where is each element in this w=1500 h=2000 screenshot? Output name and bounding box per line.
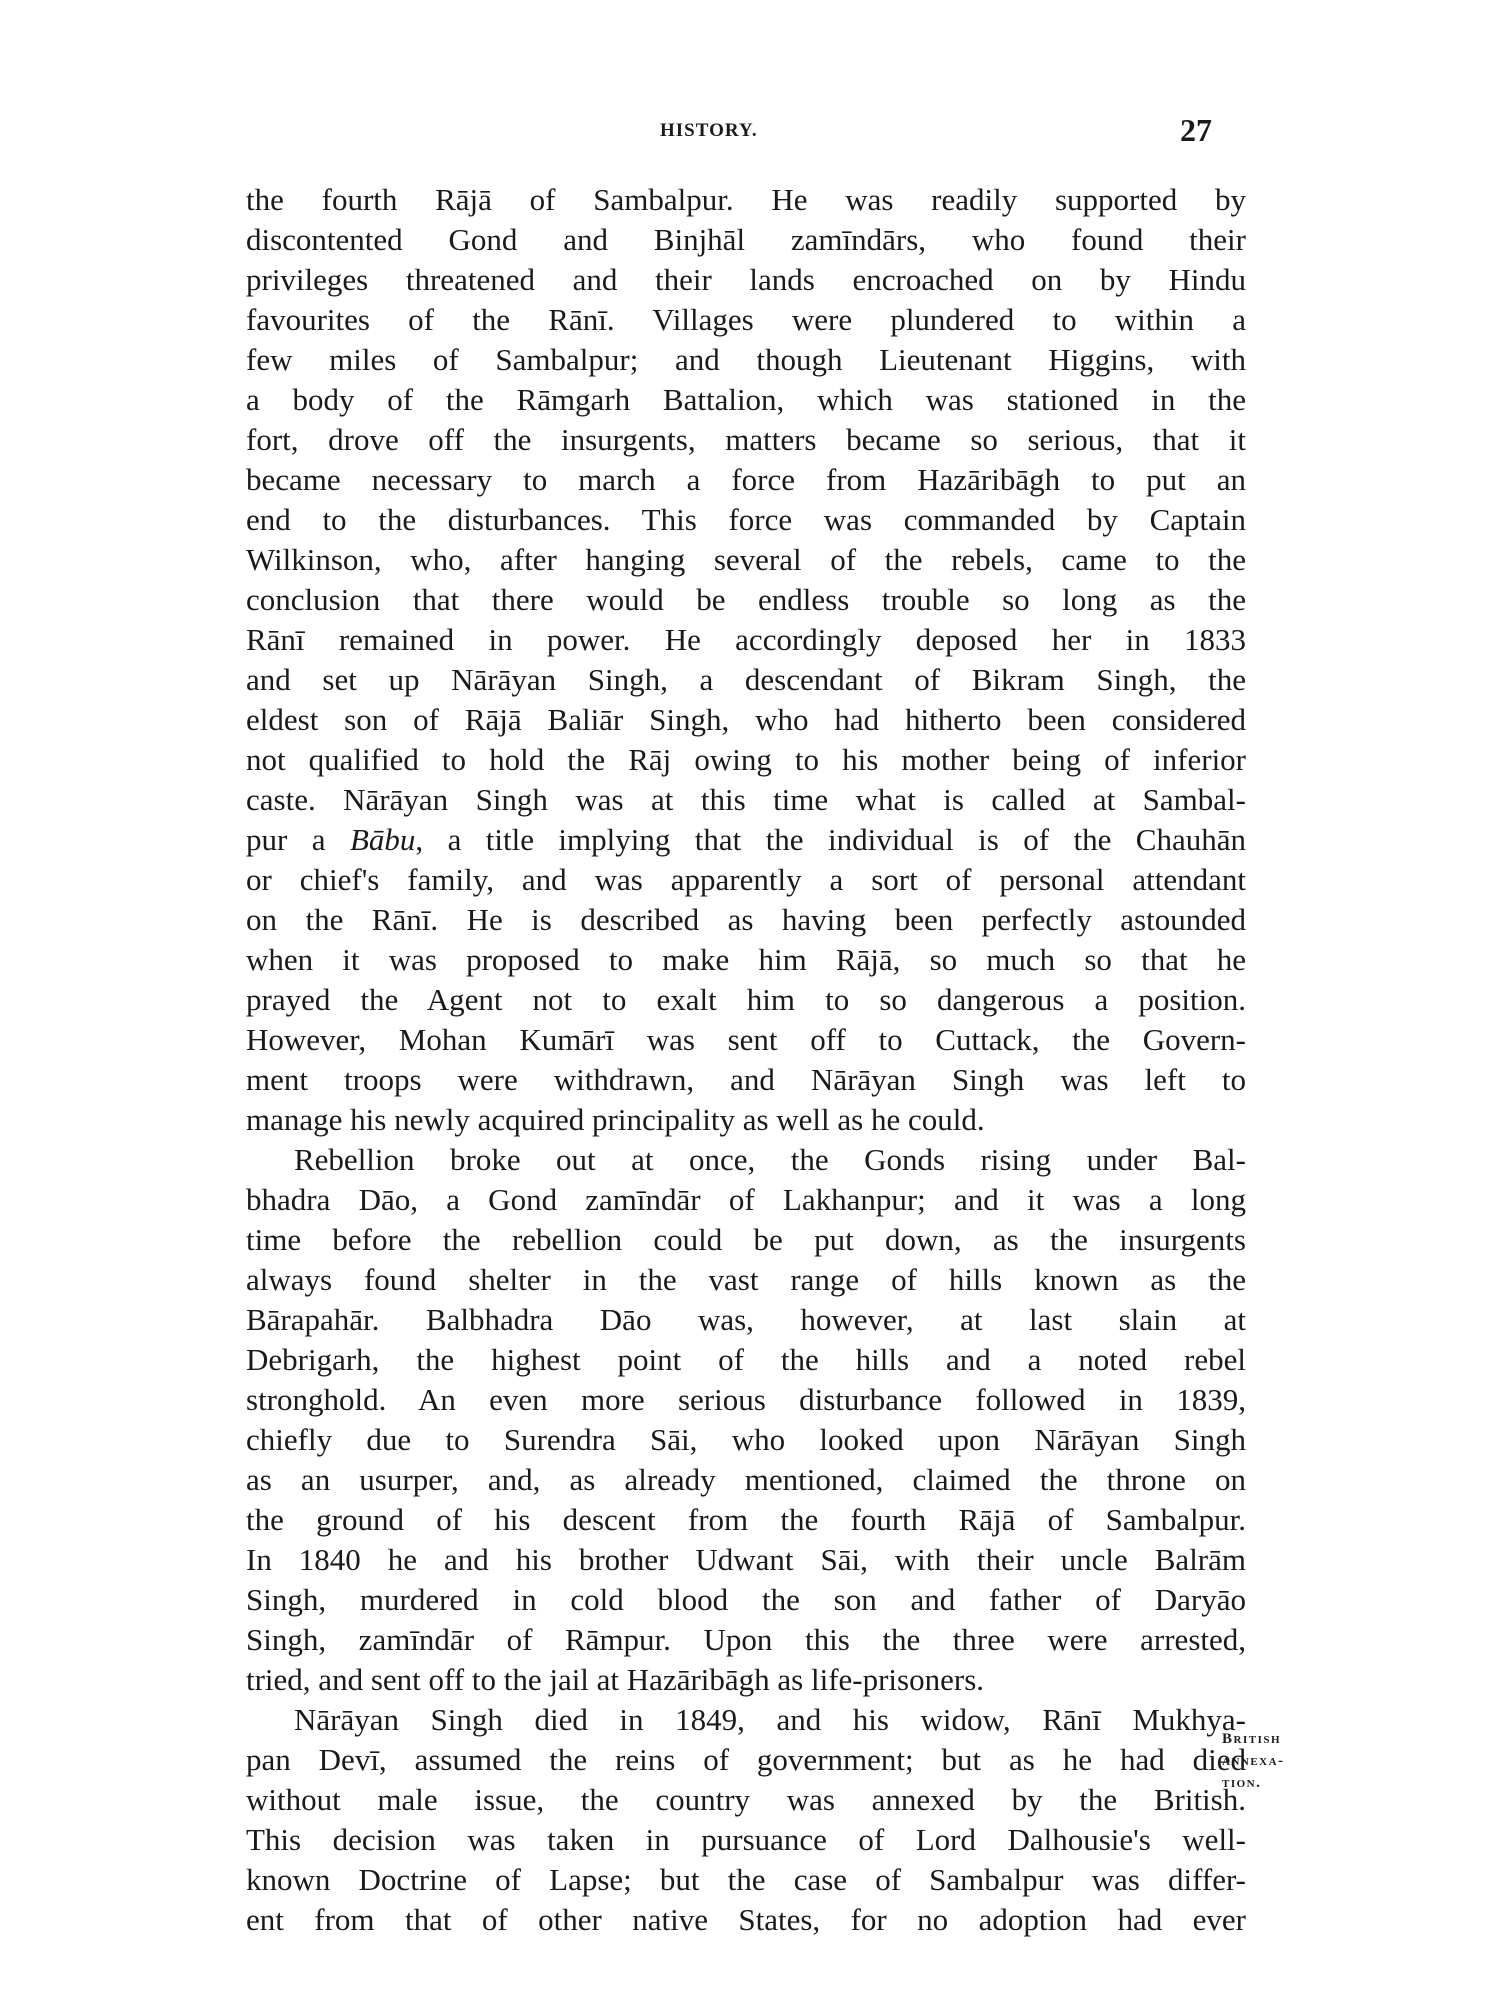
text-line: known Doctrine of Lapse; but the case of… xyxy=(246,1860,1246,1900)
text-line: a body of the Rāmgarh Battalion, which w… xyxy=(246,380,1246,420)
text-line: few miles of Sambalpur; and though Lieut… xyxy=(246,340,1246,380)
text-line: Nārāyan Singh died in 1849, and his wido… xyxy=(246,1700,1246,1740)
text-line: without male issue, the country was anne… xyxy=(246,1780,1246,1820)
text-line: privileges threatened and their lands en… xyxy=(246,260,1246,300)
text-line: ment troops were withdrawn, and Nārāyan … xyxy=(246,1060,1246,1100)
text-line: Singh, zamīndār of Rāmpur. Upon this the… xyxy=(246,1620,1246,1660)
text-line: end to the disturbances. This force was … xyxy=(246,500,1246,540)
text-line: bhadra Dāo, a Gond zamīndār of Lakhanpur… xyxy=(246,1180,1246,1220)
text-line: prayed the Agent not to exalt him to so … xyxy=(246,980,1246,1020)
margin-note: British annexa- tion. xyxy=(1222,1728,1285,1794)
text-line: became necessary to march a force from H… xyxy=(246,460,1246,500)
paragraph-2: Rebellion broke out at once, the Gonds r… xyxy=(246,1140,1246,1700)
book-page: HISTORY. 27 the fourth Rājā of Sambalpur… xyxy=(0,0,1500,2000)
text-line: when it was proposed to make him Rājā, s… xyxy=(246,940,1246,980)
text-line: or chief's family, and was apparently a … xyxy=(246,860,1246,900)
text-line: Rānī remained in power. He accordingly d… xyxy=(246,620,1246,660)
text-line: fort, drove off the insurgents, matters … xyxy=(246,420,1246,460)
text-line: as an usurper, and, as already mentioned… xyxy=(246,1460,1246,1500)
page-number: 27 xyxy=(1180,112,1212,149)
text-line: stronghold. An even more serious disturb… xyxy=(246,1380,1246,1420)
text-line: and set up Nārāyan Singh, a descendant o… xyxy=(246,660,1246,700)
body-text: the fourth Rājā of Sambalpur. He was rea… xyxy=(246,180,1246,1940)
margin-note-line: British xyxy=(1222,1728,1285,1750)
text-line: Bārapahār. Balbhadra Dāo was, however, a… xyxy=(246,1300,1246,1340)
text-line: the fourth Rājā of Sambalpur. He was rea… xyxy=(246,180,1246,220)
text-line: In 1840 he and his brother Udwant Sāi, w… xyxy=(246,1540,1246,1580)
text-line: caste. Nārāyan Singh was at this time wh… xyxy=(246,780,1246,820)
text-line: chiefly due to Surendra Sāi, who looked … xyxy=(246,1420,1246,1460)
text-line: manage his newly acquired principality a… xyxy=(246,1100,1246,1140)
text-line: Singh, murdered in cold blood the son an… xyxy=(246,1580,1246,1620)
text-line-with-italic: pur a Bābu, a title implying that the in… xyxy=(246,820,1246,860)
italic-term: Bābu xyxy=(350,822,415,857)
text-line: time before the rebellion could be put d… xyxy=(246,1220,1246,1260)
running-head: HISTORY. 27 xyxy=(0,112,1500,152)
paragraph-1: the fourth Rājā of Sambalpur. He was rea… xyxy=(246,180,1246,1140)
margin-note-line: tion. xyxy=(1222,1772,1285,1794)
running-title: HISTORY. xyxy=(660,120,758,142)
text-line: favourites of the Rānī. Villages were pl… xyxy=(246,300,1246,340)
text-line: eldest son of Rājā Baliār Singh, who had… xyxy=(246,700,1246,740)
text-line: This decision was taken in pursuance of … xyxy=(246,1820,1246,1860)
text-line: discontented Gond and Binjhāl zamīndārs,… xyxy=(246,220,1246,260)
text-line: Rebellion broke out at once, the Gonds r… xyxy=(246,1140,1246,1180)
text-line: However, Mohan Kumārī was sent off to Cu… xyxy=(246,1020,1246,1060)
text-line: tried, and sent off to the jail at Hazār… xyxy=(246,1660,1246,1700)
text-line: on the Rānī. He is described as having b… xyxy=(246,900,1246,940)
text-line: ent from that of other native States, fo… xyxy=(246,1900,1246,1940)
text-line: not qualified to hold the Rāj owing to h… xyxy=(246,740,1246,780)
text-line: conclusion that there would be endless t… xyxy=(246,580,1246,620)
margin-note-line: annexa- xyxy=(1222,1750,1285,1772)
text-line: the ground of his descent from the fourt… xyxy=(246,1500,1246,1540)
text-line: always found shelter in the vast range o… xyxy=(246,1260,1246,1300)
paragraph-3: Nārāyan Singh died in 1849, and his wido… xyxy=(246,1700,1246,1940)
text-line: Debrigarh, the highest point of the hill… xyxy=(246,1340,1246,1380)
text-line: pan Devī, assumed the reins of governmen… xyxy=(246,1740,1246,1780)
text-line: Wilkinson, who, after hanging several of… xyxy=(246,540,1246,580)
